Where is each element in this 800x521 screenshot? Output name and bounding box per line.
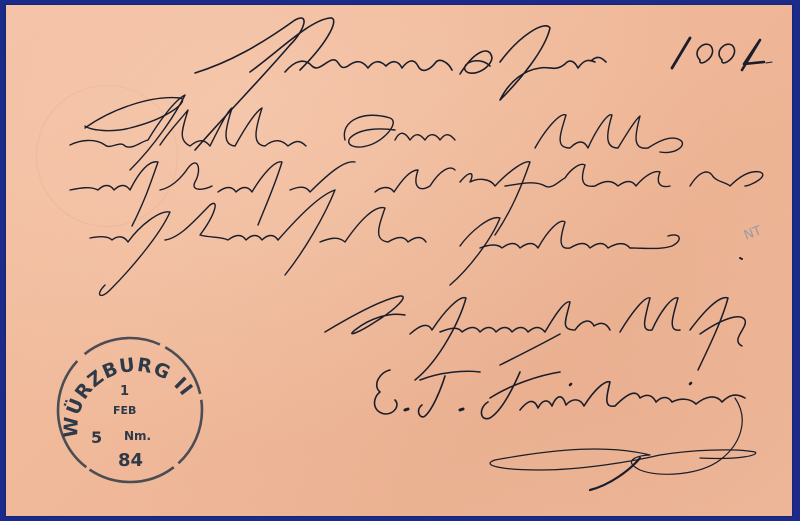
handwriting-strokes: WÜRZBURG II 1 FEB 5 Nm. 84 <box>0 0 800 521</box>
postmark-year: 84 <box>118 450 143 471</box>
postmark-day: 1 <box>120 384 129 399</box>
postmark-month: FEB <box>113 404 136 417</box>
line-1-strokes <box>70 95 682 170</box>
closing-strokes <box>325 296 745 380</box>
dateline-strokes <box>195 18 772 150</box>
line-3-strokes <box>90 190 742 295</box>
postmark-period: Nm. <box>124 429 151 443</box>
line-2-strokes <box>70 162 763 235</box>
signature-strokes <box>375 370 756 490</box>
postmark-time: 5 <box>91 428 102 447</box>
postmark: WÜRZBURG II 1 FEB 5 Nm. 84 <box>58 338 202 482</box>
